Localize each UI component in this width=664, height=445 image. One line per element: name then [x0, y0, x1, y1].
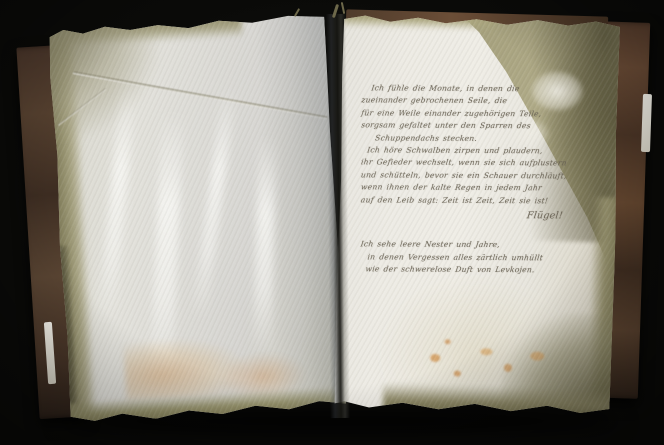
binding-thread — [341, 2, 345, 14]
olive-stain-top-edge — [47, 12, 242, 48]
poem-signature: Flügel! — [526, 210, 564, 223]
page-crease-corner — [58, 88, 107, 126]
book-gutter — [326, 14, 350, 418]
poem-line: wie der schwerelose Duft von Levkojen. — [360, 264, 590, 278]
rust-plant-stain — [216, 350, 309, 403]
white-streak — [150, 111, 184, 382]
tan-wash-bottom — [373, 268, 576, 393]
rust-fleck — [480, 348, 492, 355]
white-streak — [97, 85, 136, 325]
right-page: Ich fühle die Monate, in denen die zuein… — [333, 13, 621, 414]
olive-stain-top-left-corner — [47, 12, 163, 139]
rust-plant-stain — [123, 335, 246, 400]
page-crease-diagonal — [73, 71, 328, 119]
rust-fleck — [530, 351, 544, 360]
poem-stanza-2: Ich sehe leere Nester und Jahre, in dene… — [360, 239, 588, 277]
photo-open-book: Ich fühle die Monate, in denen die zuein… — [0, 0, 664, 445]
left-page — [47, 12, 348, 424]
handwritten-poem: Ich fühle die Monate, in denen die zuein… — [360, 82, 589, 277]
rust-fleck — [454, 370, 461, 376]
white-streak — [253, 136, 277, 356]
poem-stanza-1: Ich fühle die Monate, in denen die zuein… — [361, 82, 590, 207]
olive-stain-bottom-right-corner — [501, 312, 622, 415]
rust-fleck — [430, 354, 440, 362]
binding-thread — [294, 8, 300, 17]
underpage-sliver-right — [641, 94, 652, 152]
poem-line: wenn ihnen der kalte Regen in jedem Jahr — [360, 182, 590, 196]
poem-line: auf den Leib sagt: Zeit ist Zeit, Zeit s… — [360, 194, 590, 208]
rust-fleck — [445, 339, 451, 344]
rust-fleck — [504, 364, 512, 372]
poem-line: sorgsam gefaltet unter den Sparren des — [360, 120, 590, 134]
white-streak — [192, 89, 236, 319]
poem-line: ihr Gefieder wechselt, wenn sie sich auf… — [360, 157, 590, 171]
poem-line: Ich sehe leere Nester und Jahre, — [360, 239, 590, 253]
poem-line: zueinander gebrochenen Seile, die — [361, 95, 591, 109]
